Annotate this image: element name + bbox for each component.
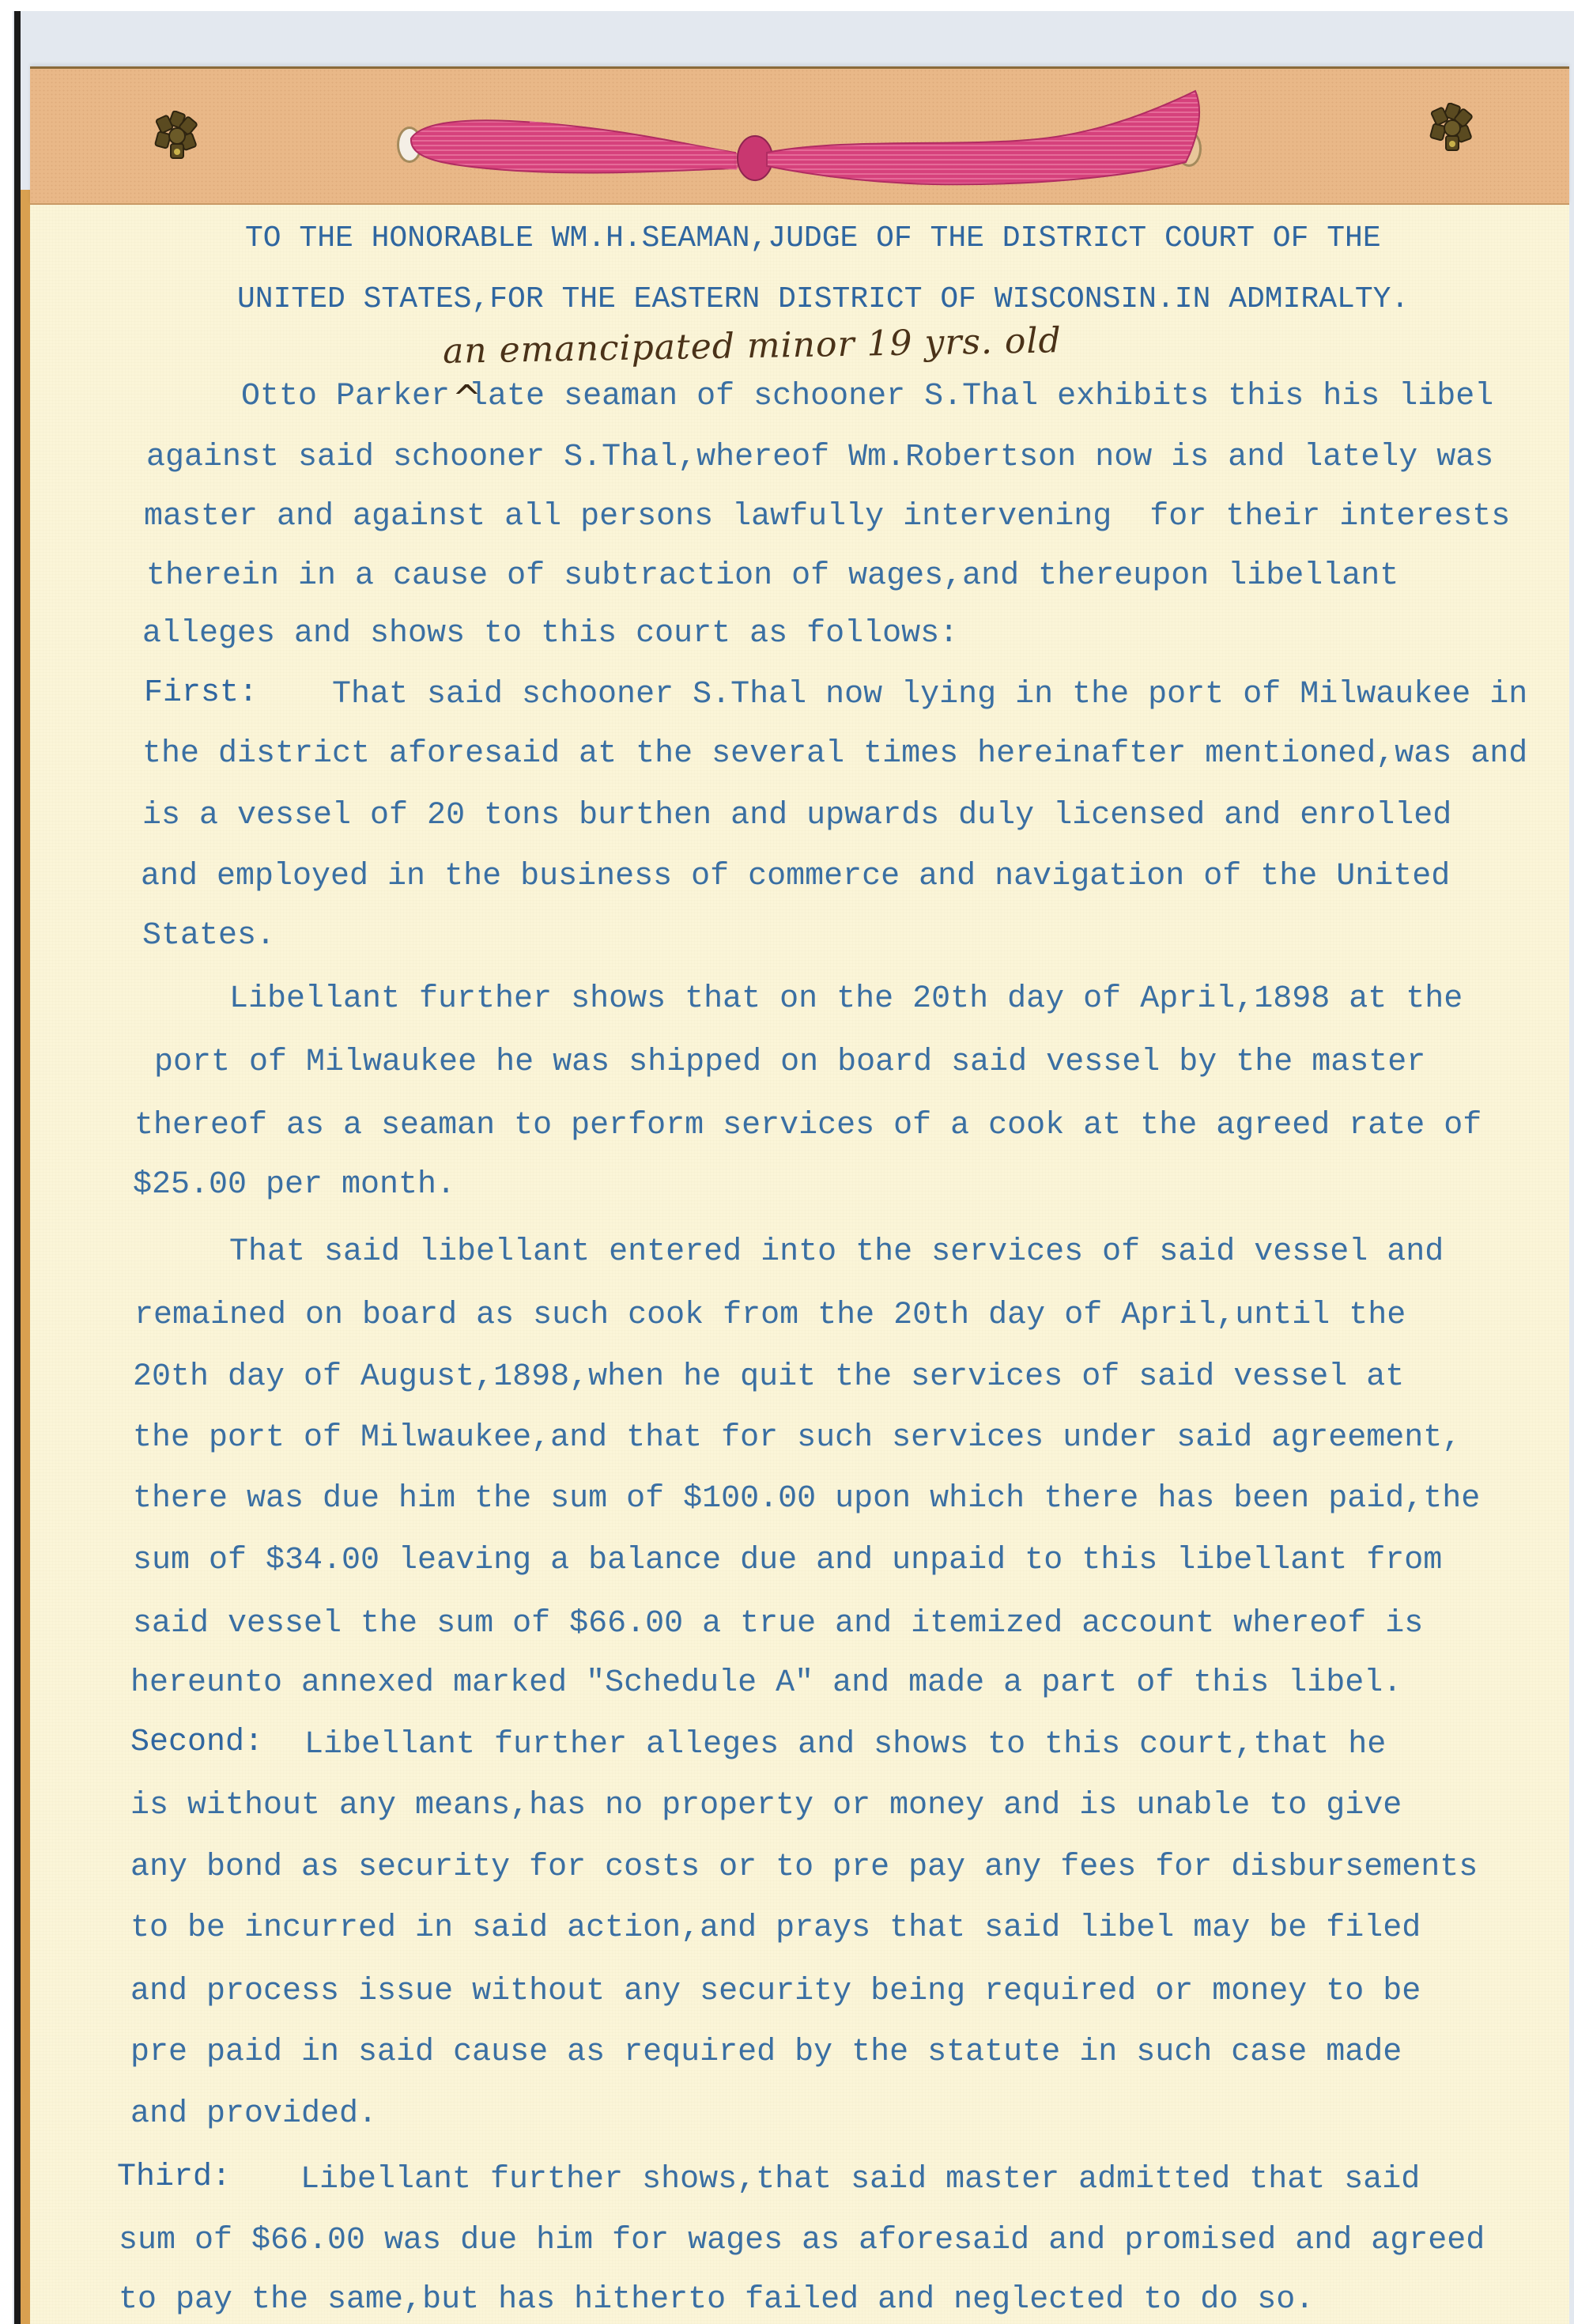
- intro-line: alleges and shows to this court as follo…: [142, 615, 958, 653]
- section-label-second: Second:: [130, 1724, 263, 1762]
- intro-line: therein in a cause of subtraction of wag…: [146, 557, 1398, 595]
- third-line: to pay the same,but has hitherto failed …: [119, 2281, 1314, 2319]
- first-line: States.: [142, 917, 275, 955]
- services-line: That said libellant entered into the ser…: [229, 1234, 1444, 1272]
- brass-fastener-icon: [152, 111, 202, 161]
- services-line: 20th day of August,1898,when he quit the…: [133, 1359, 1404, 1396]
- pink-ribbon-icon: [395, 83, 1210, 190]
- second-line: is without any means,has no property or …: [130, 1787, 1402, 1825]
- intro-line: against said schooner S.Thal,whereof Wm.…: [146, 439, 1493, 477]
- first-line: is a vessel of 20 tons burthen and upwar…: [142, 797, 1451, 835]
- second-line: to be incurred in said action,and prays …: [130, 1910, 1421, 1948]
- second-line: and process issue without any security b…: [130, 1973, 1421, 2011]
- services-line: there was due him the sum of $100.00 upo…: [133, 1480, 1480, 1518]
- second-line: and provided.: [130, 2095, 377, 2133]
- first-line: the district aforesaid at the several ti…: [142, 735, 1527, 773]
- shipped-line: port of Milwaukee he was shipped on boar…: [154, 1044, 1425, 1082]
- paper-left-edge: [21, 190, 30, 2324]
- first-line: That said schooner S.Thal now lying in t…: [332, 676, 1527, 714]
- second-line: Libellant further alleges and shows to t…: [304, 1726, 1386, 1764]
- intro-line: Otto Parker late seaman of schooner S.Th…: [241, 378, 1493, 416]
- brass-fastener-icon: [1427, 103, 1478, 153]
- third-line: Libellant further shows,that said master…: [300, 2161, 1420, 2199]
- services-line: sum of $34.00 leaving a balance due and …: [133, 1542, 1442, 1580]
- third-line: sum of $66.00 was due him for wages as a…: [119, 2222, 1485, 2260]
- heading-line-1: TO THE HONORABLE WM.H.SEAMAN,JUDGE OF TH…: [245, 220, 1381, 258]
- shipped-line: $25.00 per month.: [133, 1166, 455, 1204]
- second-line: any bond as security for costs or to pre…: [130, 1849, 1478, 1887]
- section-label-first: First:: [144, 675, 258, 712]
- section-label-third: Third:: [117, 2159, 231, 2197]
- services-line: said vessel the sum of $66.00 a true and…: [133, 1605, 1423, 1643]
- services-line: hereunto annexed marked "Schedule A" and…: [130, 1665, 1402, 1702]
- services-line: the port of Milwaukee,and that for such …: [133, 1419, 1461, 1457]
- shipped-line: Libellant further shows that on the 20th…: [229, 981, 1463, 1018]
- intro-line: master and against all persons lawfully …: [144, 498, 1510, 536]
- first-line: and employed in the business of commerce…: [141, 858, 1450, 896]
- shipped-line: thereof as a seaman to perform services …: [134, 1107, 1482, 1145]
- scan-edge-bar: [14, 11, 21, 2324]
- second-line: pre paid in said cause as required by th…: [130, 2034, 1402, 2072]
- heading-line-2: UNITED STATES,FOR THE EASTERN DISTRICT O…: [237, 281, 1409, 319]
- services-line: remained on board as such cook from the …: [134, 1297, 1406, 1335]
